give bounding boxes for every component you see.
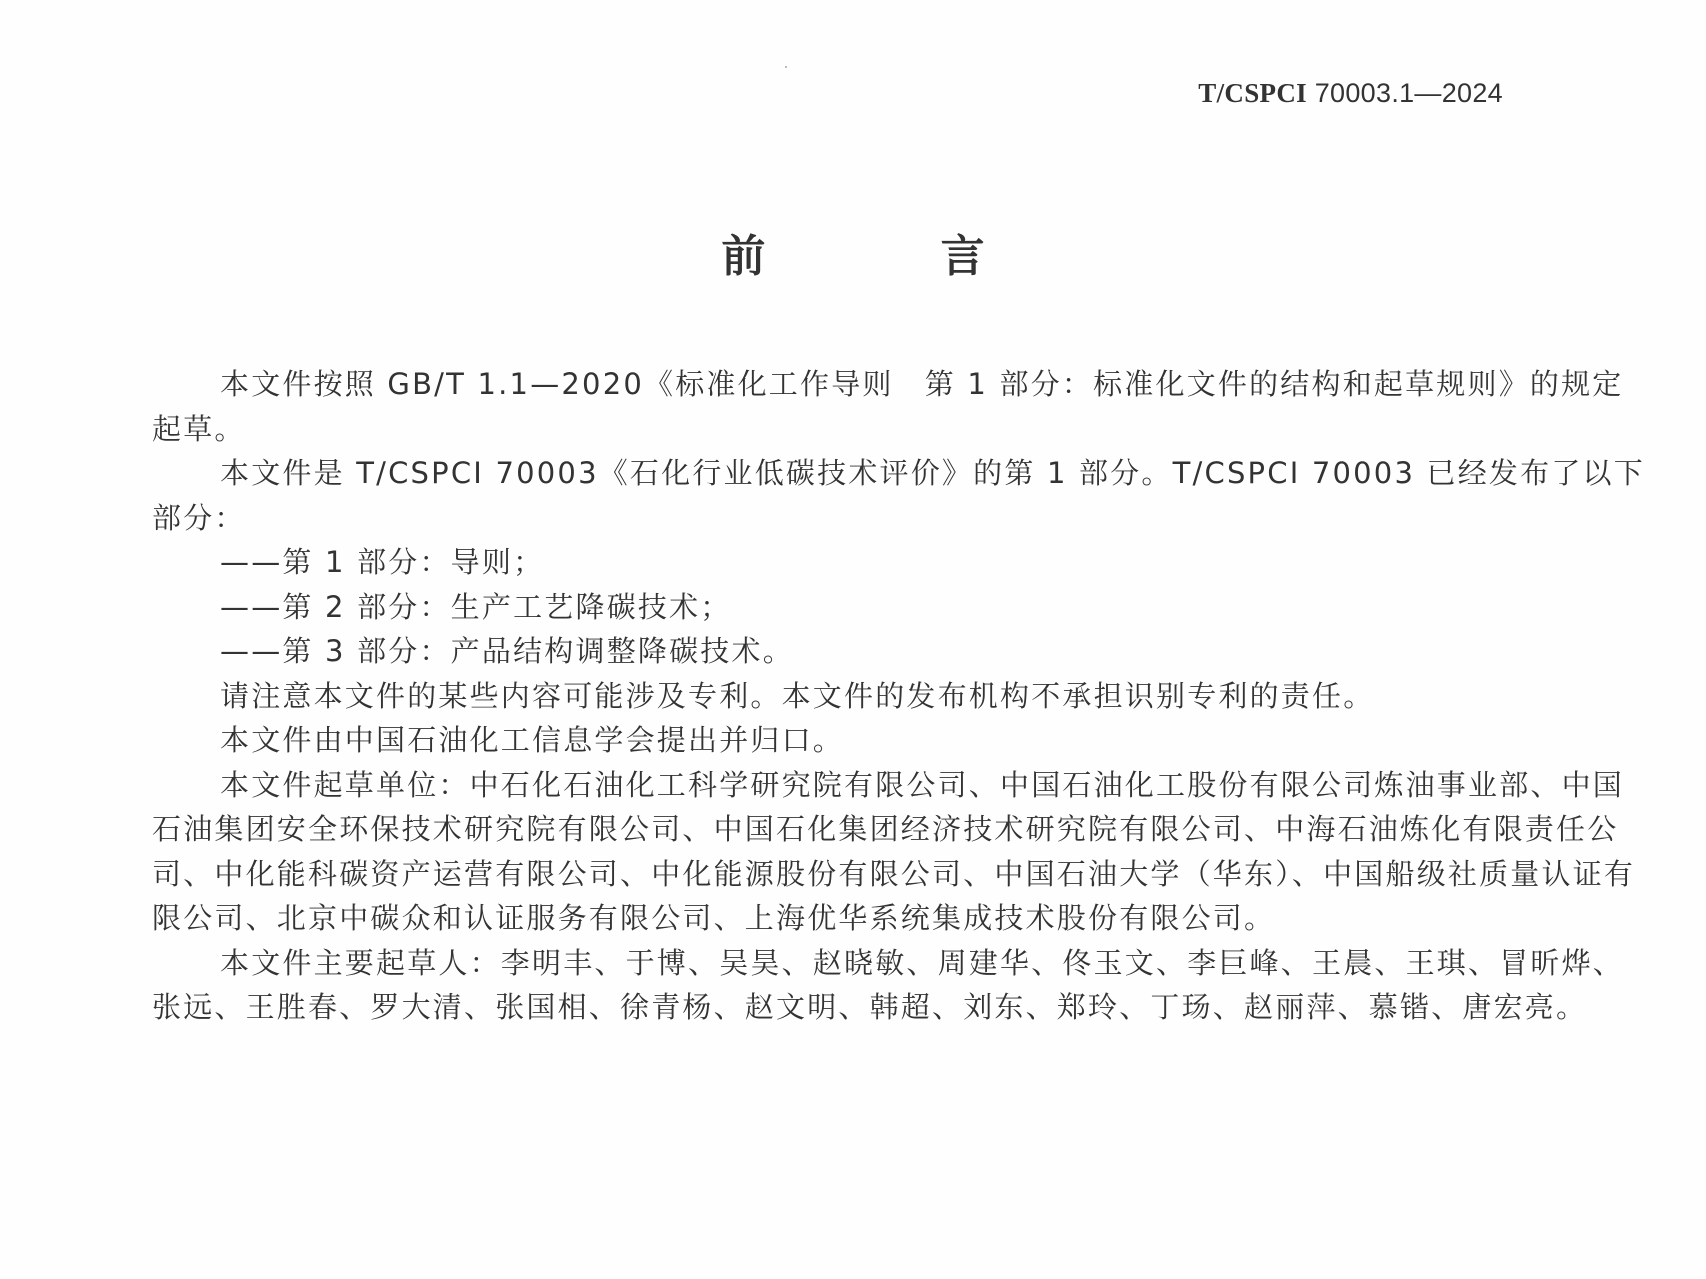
list-item-part-3: ——第 3 部分：产品结构调整降碳技术。 [152,629,1652,674]
paragraph-series-parts: 本文件是 T/CSPCI 70003《石化行业低碳技术评价》的第 1 部分。T/… [152,451,1652,540]
paragraph-patent-notice: 请注意本文件的某些内容可能涉及专利。本文件的发布机构不承担识别专利的责任。 [152,674,1652,719]
scan-speck [785,66,787,68]
paragraph-proposer: 本文件由中国石油化工信息学会提出并归口。 [152,718,1652,763]
paragraph-drafting-rules: 本文件按照 GB/T 1.1—2020《标准化工作导则 第 1 部分：标准化文件… [152,362,1652,451]
document-page: T/CSPCI 70003.1—2024 前 言 本文件按照 GB/T 1.1—… [0,0,1706,1279]
page-title: 前 言 [0,220,1706,284]
list-item-part-2: ——第 2 部分：生产工艺降碳技术； [152,585,1652,630]
list-item-part-1: ——第 1 部分：导则； [152,540,1652,585]
paragraph-drafters: 本文件主要起草人：李明丰、于博、吴昊、赵晓敏、周建华、佟玉文、李巨峰、王晨、王琪… [152,941,1652,1030]
standard-number-header: T/CSPCI 70003.1—2024 [1198,78,1503,109]
standard-prefix: T/CSPCI [1198,78,1307,108]
paragraph-drafting-units: 本文件起草单位：中石化石油化工科学研究院有限公司、中国石油化工股份有限公司炼油事… [152,763,1652,941]
standard-number: 70003.1—2024 [1315,78,1503,108]
foreword-body: 本文件按照 GB/T 1.1—2020《标准化工作导则 第 1 部分：标准化文件… [152,362,1652,1030]
